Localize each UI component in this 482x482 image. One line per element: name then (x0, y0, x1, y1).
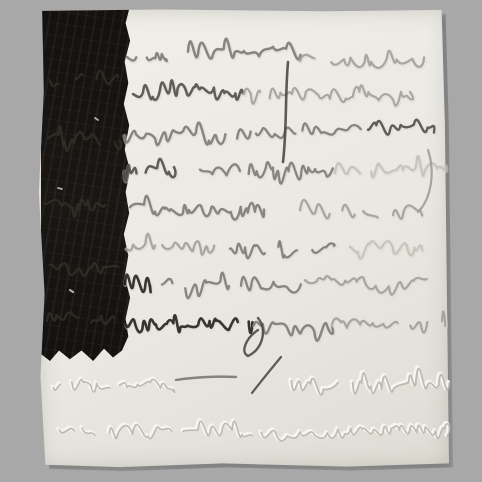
paper-sheet (38, 9, 449, 468)
artwork-photo (0, 0, 482, 482)
black-band (41, 9, 131, 361)
